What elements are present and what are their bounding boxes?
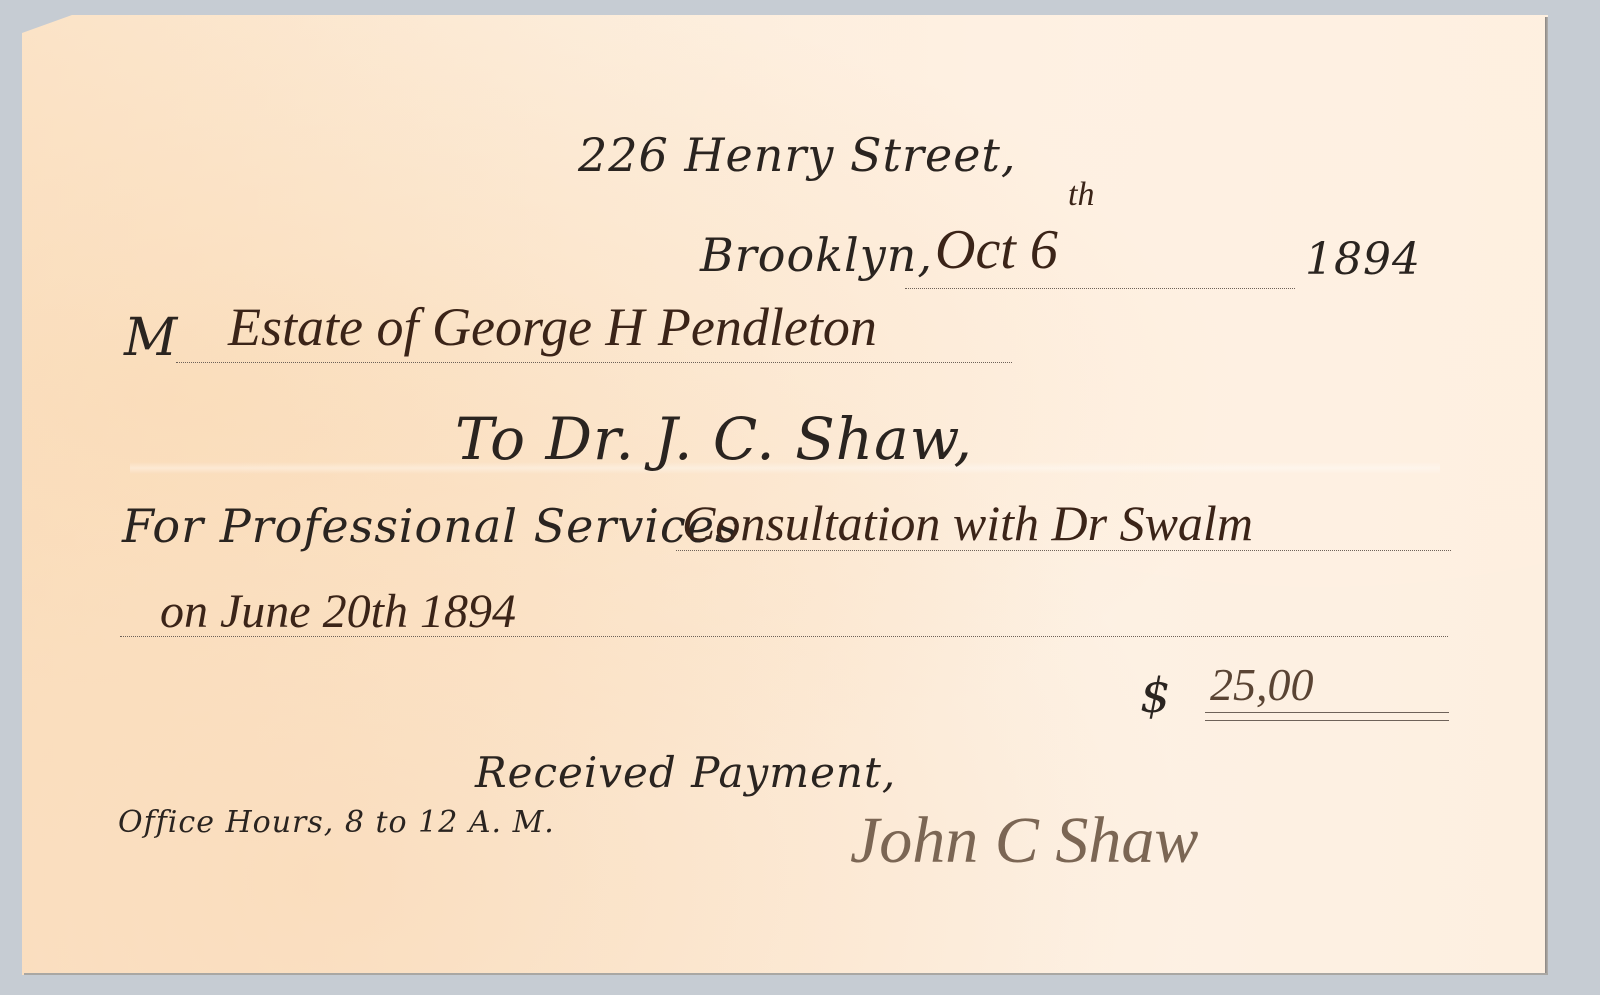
letterhead-address: 226 Henry Street, (578, 132, 1017, 178)
dollar-sign-icon: $ (1140, 672, 1172, 720)
letterhead-city: Brooklyn, (700, 232, 933, 278)
service-description-line2: on June 20th 1894 (160, 588, 516, 636)
amount-underline-2 (1205, 720, 1449, 721)
date-dotted-line (905, 288, 1295, 289)
service-dotted-line-1 (676, 550, 1451, 551)
bill-date-handwritten: Oct 6 (935, 222, 1058, 278)
amount-underline-1 (1205, 712, 1449, 713)
bill-year: 1894 (1305, 238, 1421, 282)
amount-value: 25,00 (1210, 662, 1314, 708)
signature: John C Shaw (850, 808, 1198, 874)
office-hours: Office Hours, 8 to 12 A. M. (118, 808, 555, 838)
paper-edge-shadow-right (1545, 17, 1548, 975)
received-payment-label: Received Payment, (475, 752, 896, 794)
payee-dotted-line (176, 362, 1012, 363)
bill-date-suffix: th (1068, 178, 1094, 212)
physician-name: To Dr. J. C. Shaw, (455, 410, 973, 468)
paper-edge-shadow-bottom (24, 973, 1548, 975)
payee-prefix: M (124, 312, 178, 364)
payee-name: Estate of George H Pendleton (228, 300, 877, 354)
services-label: For Professional Services (122, 503, 740, 549)
service-dotted-line-2 (120, 636, 1448, 637)
service-description-line1: Consultation with Dr Swalm (682, 498, 1253, 548)
